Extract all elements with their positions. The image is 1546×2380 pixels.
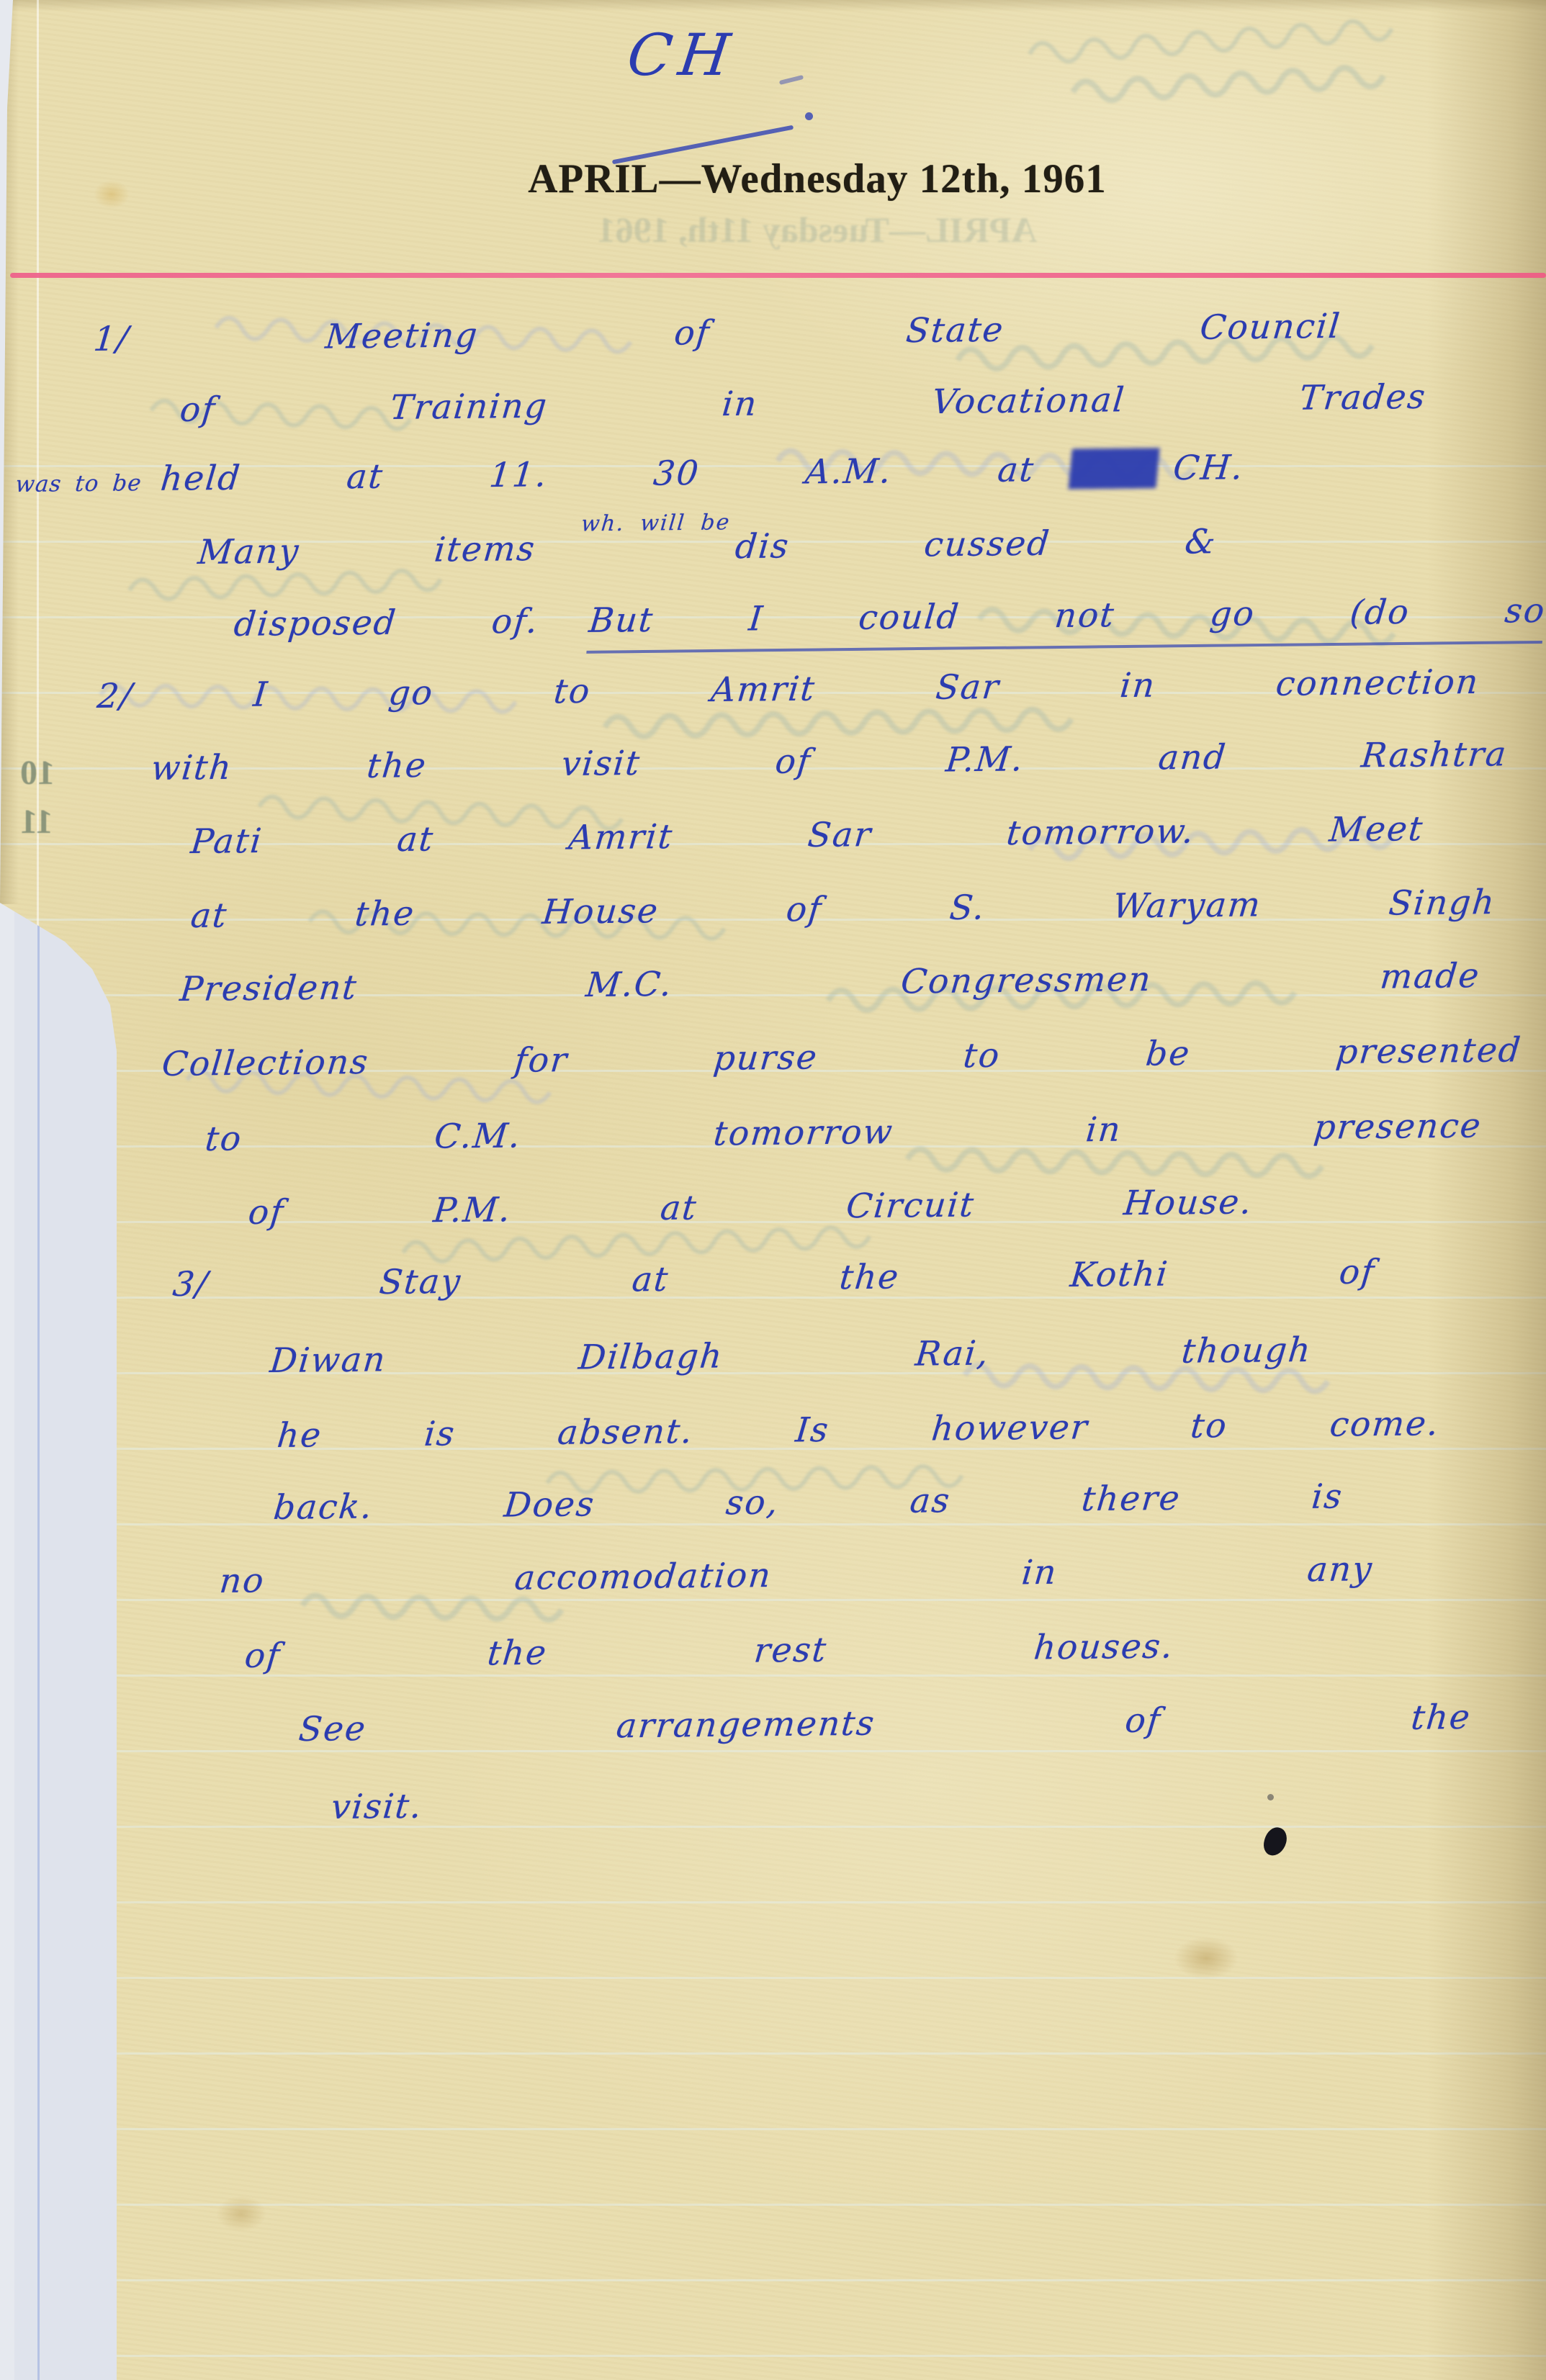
underlined-phrase: But I could not go (do so — [586, 591, 1546, 654]
line-text: dis cussed & — [734, 522, 1219, 567]
right-edge-shadow — [1427, 0, 1546, 2380]
scanned-diary-screenshot: { "doc": { "kind": "handwritten diary pa… — [0, 0, 1546, 2380]
paper-stain — [1174, 1937, 1239, 1980]
paper-stain — [216, 2196, 266, 2232]
ghost-squiggle — [605, 709, 1071, 737]
ink-speck — [1267, 1794, 1274, 1800]
paper-stain — [94, 180, 130, 209]
handwriting-line: visit. — [329, 1788, 424, 1827]
ghost-squiggle — [1072, 66, 1384, 102]
ghost-date-showthrough: APRIL—Tuesday 11th, 1961 — [421, 209, 1213, 251]
margin-time-10: 10 — [20, 753, 55, 793]
pink-header-rule — [10, 273, 1546, 278]
top-edge-shadow — [0, 0, 1546, 12]
vertical-crease — [37, 0, 39, 1042]
line-text: CH. — [1172, 448, 1246, 488]
page-title: APRIL—Wednesday 12th, 1961 — [374, 155, 1260, 202]
handwritten-ch-annotation: CH — [624, 22, 740, 89]
ghost-squiggle — [403, 1226, 871, 1263]
ghost-squiggle — [907, 1149, 1322, 1176]
line-text: disposed of. — [232, 602, 540, 644]
ghost-squiggle — [1029, 19, 1393, 64]
line-text: Many items — [196, 529, 537, 572]
ch-period-dot — [805, 112, 813, 120]
diary-page: APRIL—Tuesday 11th, 1961 APRIL—Wednesday… — [0, 0, 1546, 2380]
ghost-squiggle — [130, 569, 441, 600]
margin-time-11: 11 — [20, 802, 53, 842]
interline-insertion: wh. will be — [580, 510, 732, 536]
scribbled-out-word: ████ — [1069, 449, 1154, 490]
crammed-margin-words: was to be — [14, 470, 143, 497]
